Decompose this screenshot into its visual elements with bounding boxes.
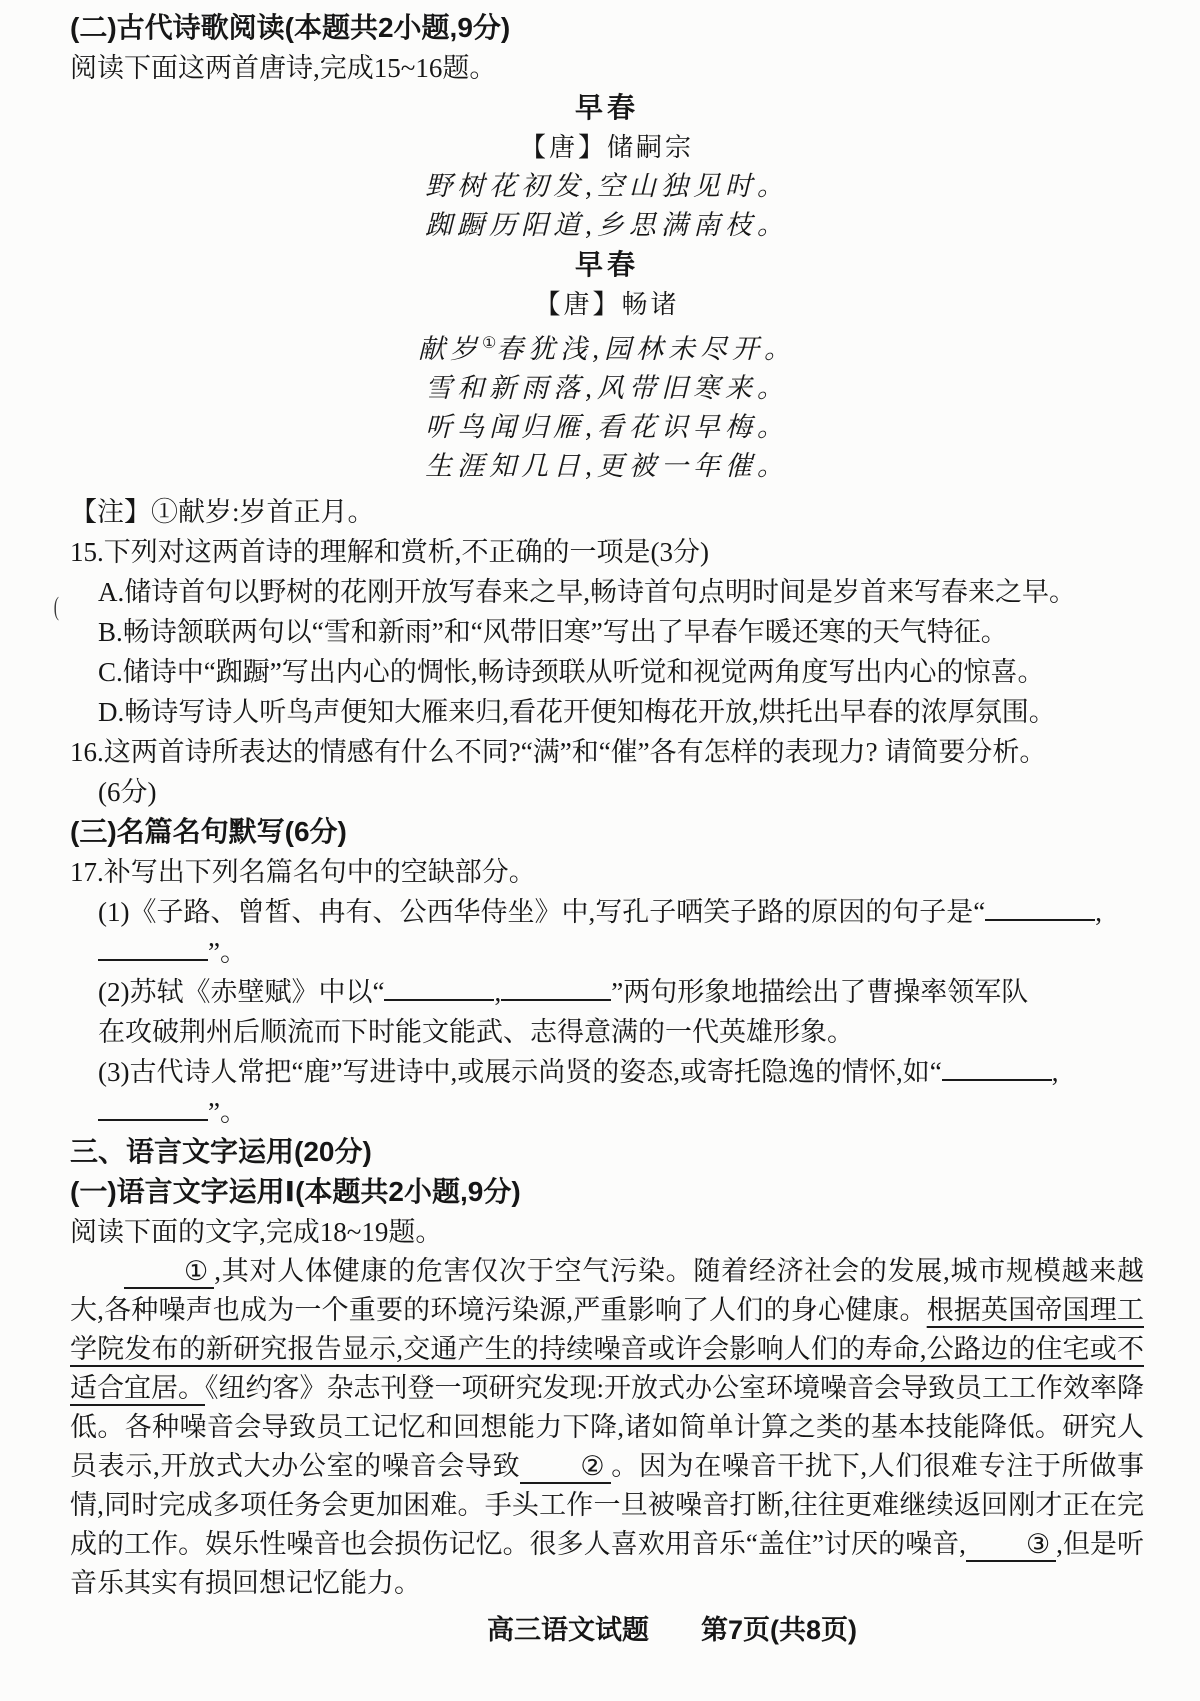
page-footer: 高三语文试题第7页(共8页) <box>0 1612 1200 1648</box>
q17-item1-line1: (1)《子路、曾皙、冉有、公西华侍坐》中,写孔子哂笑子路的原因的句子是“, <box>70 892 1144 932</box>
poem2-line1-pre: 献岁 <box>418 334 482 364</box>
section2-intro: 阅读下面这两首唐诗,完成15~16题。 <box>70 48 1144 88</box>
part3-sub-heading: (一)语言文字运用Ⅰ(本题共2小题,9分) <box>70 1172 1144 1212</box>
q16-score: (6分) <box>70 772 1144 812</box>
q15-option-b: B.畅诗颔联两句以“雪和新雨”和“风带旧寒”写出了早春乍暖还寒的天气特征。 <box>70 612 1144 652</box>
footer-page-number: 第7页(共8页) <box>701 1615 857 1645</box>
q17-item2-pre: (2)苏轼《赤壁赋》中以“ <box>98 977 384 1007</box>
page-content: (二)古代诗歌阅读(本题共2小题,9分) 阅读下面这两首唐诗,完成15~16题。… <box>70 8 1144 1603</box>
q17-item2-line2: 在攻破荆州后顺流而下时能文能武、志得意满的一代英雄形象。 <box>70 1012 1144 1052</box>
poem2-line: 雪和新雨落,风带旧寒来。 <box>70 369 1144 408</box>
answer-blank <box>384 975 494 1001</box>
numbered-blank-1: ① <box>124 1256 214 1289</box>
poem-footnote: 【注】①献岁:岁首正月。 <box>70 492 1144 532</box>
blank3-label: ③ <box>1026 1529 1050 1559</box>
question-17: 17.补写出下列名篇名句中的空缺部分。 (1)《子路、曾皙、冉有、公西华侍坐》中… <box>70 852 1144 1132</box>
q15-option-c: C.储诗中“踟蹰”写出内心的惆怅,畅诗颈联从听觉和视觉两角度写出内心的惊喜。 <box>70 652 1144 692</box>
blank2-label: ② <box>580 1451 604 1481</box>
exam-page: ( (二)古代诗歌阅读(本题共2小题,9分) 阅读下面这两首唐诗,完成15~16… <box>0 0 1200 1701</box>
answer-blank <box>98 1095 208 1121</box>
answer-blank <box>98 935 208 961</box>
question-15: 15.下列对这两首诗的理解和赏析,不正确的一项是(3分) A.储诗首句以野树的花… <box>70 532 1144 732</box>
q17-stem: 17.补写出下列名篇名句中的空缺部分。 <box>70 852 1144 892</box>
q17-item1-post: ”。 <box>208 937 247 967</box>
q17-item3-mid: , <box>1052 1057 1059 1087</box>
q17-item2-post: ”两句形象地描绘出了曹操率领军队 <box>611 977 1028 1007</box>
poem2-title: 早春 <box>70 245 1144 285</box>
numbered-blank-3: ③ <box>966 1529 1056 1562</box>
poem1-line: 踟蹰历阳道,乡思满南枝。 <box>70 206 1144 245</box>
q15-option-a: A.储诗首句以野树的花刚开放写春来之早,畅诗首句点明时间是岁首来写春来之早。 <box>70 572 1144 612</box>
section2-heading: (二)古代诗歌阅读(本题共2小题,9分) <box>70 8 1144 48</box>
answer-blank <box>942 1055 1052 1081</box>
part3-intro: 阅读下面的文字,完成18~19题。 <box>70 1212 1144 1252</box>
q17-item3-line2: ”。 <box>70 1092 1144 1132</box>
footer-exam-title: 高三语文试题 <box>487 1615 649 1645</box>
poem1-line: 野树花初发,空山独见时。 <box>70 167 1144 206</box>
answer-blank <box>501 975 611 1001</box>
poem1-title: 早春 <box>70 88 1144 128</box>
q15-option-d: D.畅诗写诗人听鸟声便知大雁来归,看花开便知梅花开放,烘托出早春的浓厚氛围。 <box>70 692 1144 732</box>
numbered-blank-2: ② <box>520 1451 610 1484</box>
q17-item1-mid: , <box>1095 897 1102 927</box>
blank1-label: ① <box>184 1256 208 1286</box>
q17-item3-pre: (3)古代诗人常把“鹿”写进诗中,或展示尚贤的姿态,或寄托隐逸的情怀,如“ <box>98 1057 942 1087</box>
poem1-author: 【唐】储嗣宗 <box>70 128 1144 167</box>
section3-heading: (三)名篇名句默写(6分) <box>70 812 1144 852</box>
q17-item3-line1: (3)古代诗人常把“鹿”写进诗中,或展示尚贤的姿态,或寄托隐逸的情怀,如“, <box>70 1052 1144 1092</box>
reading-passage: ①,其对人体健康的危害仅次于空气污染。随着经济社会的发展,城市规模越来越大,各种… <box>70 1252 1144 1603</box>
poem2-line: 听鸟闻归雁,看花识早梅。 <box>70 408 1144 447</box>
poem2-line: 献岁①春犹浅,园林未尽开。 <box>70 324 1144 369</box>
q16-stem: 16.这两首诗所表达的情感有什么不同?“满”和“催”各有怎样的表现力? 请简要分… <box>70 732 1144 772</box>
q17-item2-line1: (2)苏轼《赤壁赋》中以“,”两句形象地描绘出了曹操率领军队 <box>70 972 1144 1012</box>
q17-item1-pre: (1)《子路、曾皙、冉有、公西华侍坐》中,写孔子哂笑子路的原因的句子是“ <box>98 897 985 927</box>
q17-item1-line2: ”。 <box>70 932 1144 972</box>
poem2-author: 【唐】畅诸 <box>70 285 1144 324</box>
poem-1: 早春 【唐】储嗣宗 野树花初发,空山独见时。 踟蹰历阳道,乡思满南枝。 <box>70 88 1144 245</box>
part3-heading: 三、语言文字运用(20分) <box>70 1132 1144 1172</box>
scan-artifact: ( <box>54 592 59 622</box>
q15-stem: 15.下列对这两首诗的理解和赏析,不正确的一项是(3分) <box>70 532 1144 572</box>
q17-item3-post: ”。 <box>208 1097 247 1127</box>
poem-2: 早春 【唐】畅诸 献岁①春犹浅,园林未尽开。 雪和新雨落,风带旧寒来。 听鸟闻归… <box>70 245 1144 486</box>
q17-item2-mid: , <box>494 977 501 1007</box>
poem2-line1-post: 春犹浅,园林未尽开。 <box>496 334 796 364</box>
answer-blank <box>985 895 1095 921</box>
footer-inner: 高三语文试题第7页(共8页) <box>487 1612 857 1648</box>
footnote-ref-marker: ① <box>482 335 496 352</box>
question-16: 16.这两首诗所表达的情感有什么不同?“满”和“催”各有怎样的表现力? 请简要分… <box>70 732 1144 812</box>
poem2-line: 生涯知几日,更被一年催。 <box>70 447 1144 486</box>
